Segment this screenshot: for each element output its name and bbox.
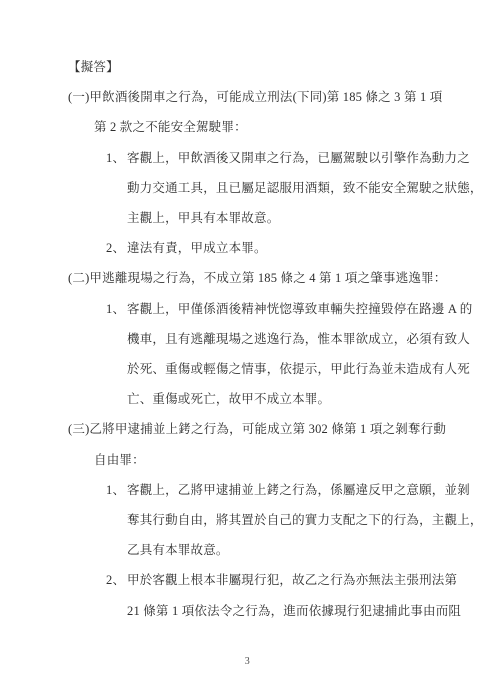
text-line: 亡、重傷或死亡，故甲不成立本罪。 xyxy=(127,384,440,414)
text-line: 主觀上，甲具有本罪故意。 xyxy=(127,203,440,233)
list-item-text: 甲於客觀上根本非屬現行犯，故乙之行為亦無法主張刑法第 xyxy=(127,565,457,595)
list-item-number: 2、 xyxy=(106,233,127,263)
text-line: 動力交通工具，且已屬足認服用酒類，致不能安全駕駛之狀態， xyxy=(127,173,440,203)
list-item-text: 違法有責，甲成立本罪。 xyxy=(127,233,267,263)
section-3-heading-continuation: 自由罪： xyxy=(94,445,440,475)
list-item-line: 1、 客觀上，甲僅係酒後精神恍惚導致車輛失控撞毀停在路邊 A 的 xyxy=(106,294,440,324)
text-line: 奪其行動自由，將其置於自己的實力支配之下的行為，主觀上， xyxy=(127,505,440,535)
list-item-number: 1、 xyxy=(106,294,127,324)
section-3-heading-line: (三)乙將甲逮捕並上銬之行為，可能成立第 302 條第 1 項之剝奪行動 xyxy=(68,414,440,444)
list-item-number: 2、 xyxy=(106,565,127,595)
answer-heading: 【擬答】 xyxy=(68,52,440,82)
list-item-text: 客觀上，甲僅係酒後精神恍惚導致車輛失控撞毀停在路邊 A 的 xyxy=(127,294,472,324)
section-2-heading-line: (二)甲逃離現場之行為，不成立第 185 條之 4 第 1 項之肇事逃逸罪： xyxy=(68,263,440,293)
list-item-number: 1、 xyxy=(106,475,127,505)
page-number: 3 xyxy=(0,656,495,667)
text-line: 機車，且有逃離現場之逃逸行為，惟本罪欲成立，必須有致人 xyxy=(127,324,440,354)
document-page: 【擬答】 (一)甲飲酒後開車之行為，可能成立刑法(下同)第 185 條之 3 第… xyxy=(0,0,495,700)
list-item-text: 客觀上，乙將甲逮捕並上銬之行為，係屬違反甲之意願，並剝 xyxy=(127,475,470,505)
list-item-text: 客觀上，甲飲酒後又開車之行為，已屬駕駛以引擎作為動力之 xyxy=(127,143,470,173)
document-body: 【擬答】 (一)甲飲酒後開車之行為，可能成立刑法(下同)第 185 條之 3 第… xyxy=(0,0,495,626)
section-1-heading-line: (一)甲飲酒後開車之行為，可能成立刑法(下同)第 185 條之 3 第 1 項 xyxy=(68,82,440,112)
text-line: 乙具有本罪故意。 xyxy=(127,535,440,565)
list-item-line: 2、 甲於客觀上根本非屬現行犯，故乙之行為亦無法主張刑法第 xyxy=(106,565,440,595)
text-line: 21 條第 1 項依法令之行為，進而依據現行犯逮捕此事由而阻 xyxy=(127,596,440,626)
list-item-line: 1、 客觀上，乙將甲逮捕並上銬之行為，係屬違反甲之意願，並剝 xyxy=(106,475,440,505)
list-item-line: 2、 違法有責，甲成立本罪。 xyxy=(106,233,440,263)
text-line: 於死、重傷或輕傷之情事，依提示，甲此行為並未造成有人死 xyxy=(127,354,440,384)
list-item-number: 1、 xyxy=(106,143,127,173)
list-item-line: 1、 客觀上，甲飲酒後又開車之行為，已屬駕駛以引擎作為動力之 xyxy=(106,143,440,173)
section-1-heading-continuation: 第 2 款之不能安全駕駛罪： xyxy=(94,112,440,142)
